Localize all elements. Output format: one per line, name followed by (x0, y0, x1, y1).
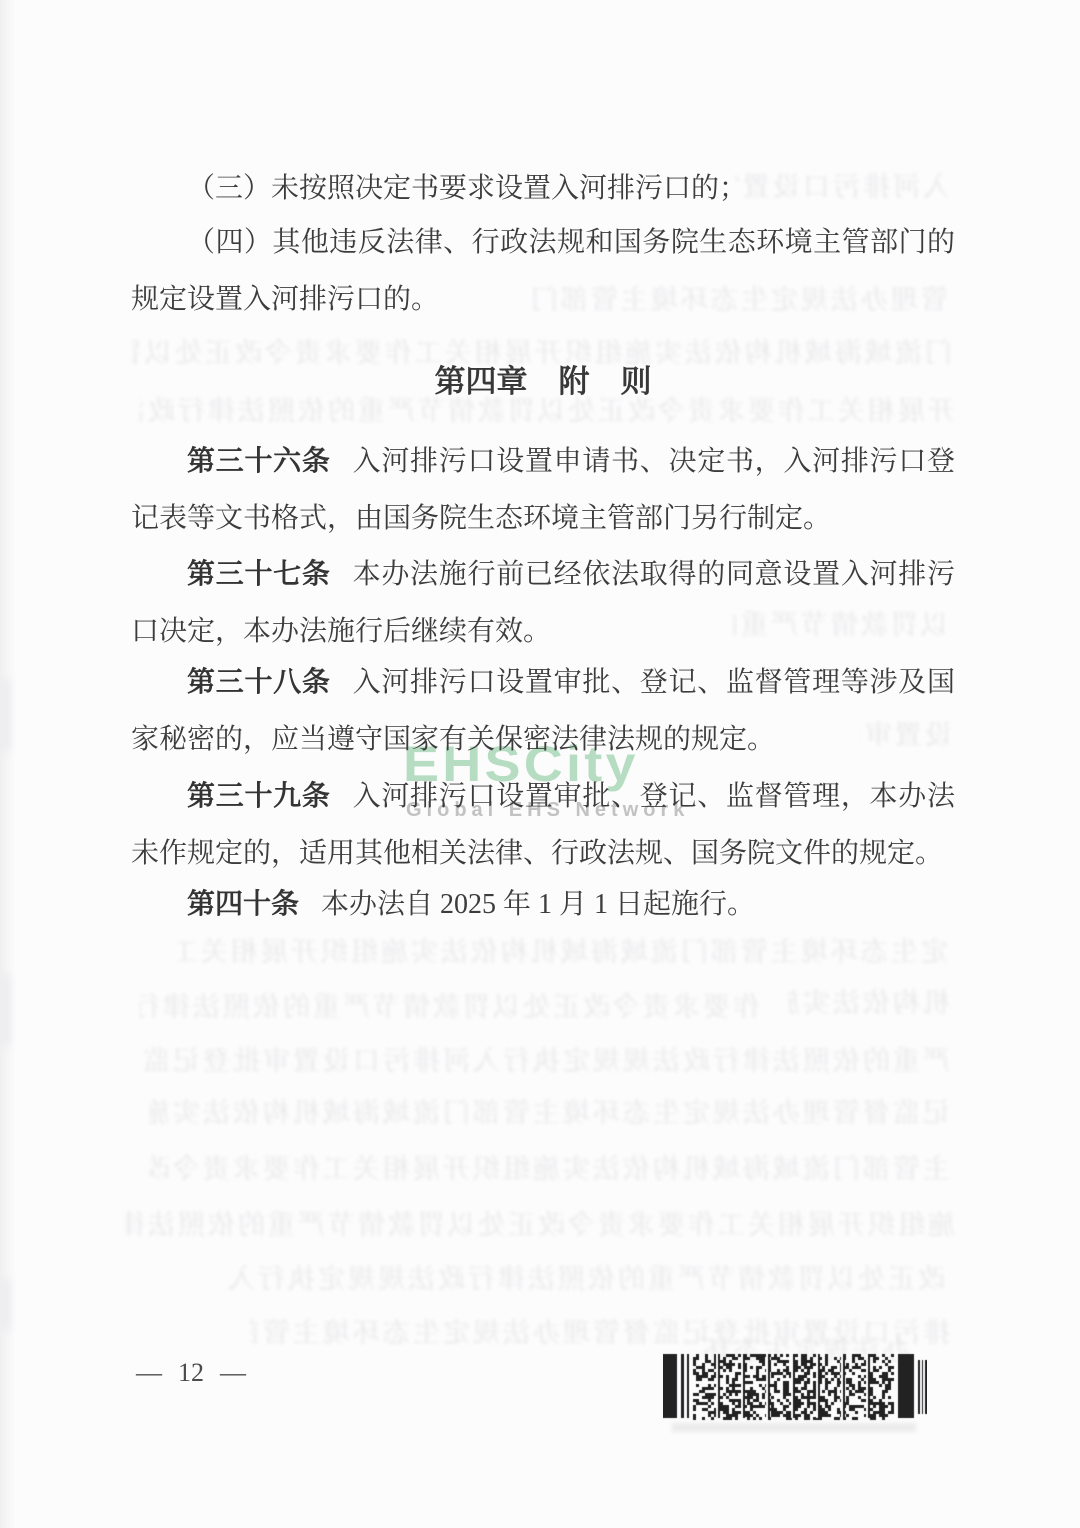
article-number: 第三十七条 (187, 559, 331, 590)
bleed-through-line: 作要求责令改正处以罚款情节严重的依照法律行政法 (140, 990, 760, 1024)
text-line: 第三十九条入河排污口设置审批、登记、监督管理，本办法 (131, 768, 955, 825)
scan-smudge (0, 975, 10, 1045)
text-line: 第三十六条入河排污口设置申请书、决定书，入河排污口登 (131, 433, 955, 490)
bleed-through-line: 严重的依照法律行政法规规定执行入河排污口设置审批登记监督管 (140, 1044, 950, 1078)
article-38: 第三十八条入河排污口设置审批、登记、监督管理等涉及国家秘密的，应当遵守国家有关保… (131, 654, 955, 768)
text-line: 第四十条本办法自 2025 年 1 月 1 日起施行。 (131, 876, 955, 933)
scanned-document-page: 入河排污口设置审批管理办法规定生态环境主管部门流域门流域海域机构依法实施组织开展… (0, 0, 1080, 1528)
bleed-through-line: 主管部门流域海域机构依法实施组织开展相关工作要求责令改正处 (150, 1152, 950, 1186)
page-number-row: — 12 — (136, 1358, 246, 1388)
text-line: 第三十七条本办法施行前已经依法取得的同意设置入河排污 (131, 546, 955, 603)
article-36: 第三十六条入河排污口设置申请书、决定书，入河排污口登记表等文书格式，由国务院生态… (131, 433, 955, 547)
text-line: 规定设置入河排污口的。 (131, 271, 955, 328)
scan-smudge (0, 1280, 10, 1330)
page-number-dash-left: — (136, 1358, 162, 1388)
article-40: 第四十条本办法自 2025 年 1 月 1 日起施行。 (131, 876, 955, 933)
text-line: 家秘密的，应当遵守国家有关保密法律法规的规定。 (131, 711, 955, 768)
chapter-heading: 第四章 附 则 (131, 353, 955, 410)
article-37: 第三十七条本办法施行前已经依法取得的同意设置入河排污口决定，本办法施行后继续有效… (131, 546, 955, 660)
article-number: 第三十九条 (187, 781, 331, 812)
text-line: 口决定，本办法施行后继续有效。 (131, 603, 955, 660)
bleed-through-line: 改正处以罚款情节严重的依照法律行政法规规定执行入河排 (225, 1262, 945, 1296)
scan-smudge (0, 680, 10, 750)
article-number: 第四十条 (187, 889, 299, 920)
bleed-through-line: 记监督管理办法规定生态环境主管部门流域海域机构依法实施组织 (150, 1096, 950, 1130)
article-number: 第三十八条 (187, 667, 331, 698)
text-line: 记表等文书格式，由国务院生态环境主管部门另行制定。 (131, 490, 955, 547)
text-line: （三）未按照决定书要求设置入河排污口的； (131, 160, 955, 217)
text-line: 未作规定的，适用其他相关法律、行政法规、国务院文件的规定。 (131, 825, 955, 882)
text-line: 第三十八条入河排污口设置审批、登记、监督管理等涉及国 (131, 654, 955, 711)
bleed-through-line: 定生态环境主管部门流域海域机构依法实施组织开展相关工作要 (178, 935, 948, 969)
barcode-2d (663, 1352, 927, 1422)
barcode-shadow (672, 1423, 916, 1432)
bleed-through-line: 施组织开展相关工作要求责令改正处以罚款情节严重的依照法律行政 (125, 1208, 955, 1242)
text-line: （四）其他违反法律、行政法规和国务院生态环境主管部门的 (131, 214, 955, 271)
page-number-dash-right: — (220, 1358, 246, 1388)
body-paragraph-item-3: （三）未按照决定书要求设置入河排污口的； (131, 160, 955, 217)
bleed-through-line: 机构依法实施组 (788, 986, 950, 1020)
article-number: 第三十六条 (187, 446, 331, 477)
body-paragraph-item-4: （四）其他违反法律、行政法规和国务院生态环境主管部门的规定设置入河排污口的。 (131, 214, 955, 328)
page-number: 12 (178, 1358, 204, 1388)
article-39: 第三十九条入河排污口设置审批、登记、监督管理，本办法未作规定的，适用其他相关法律… (131, 768, 955, 882)
